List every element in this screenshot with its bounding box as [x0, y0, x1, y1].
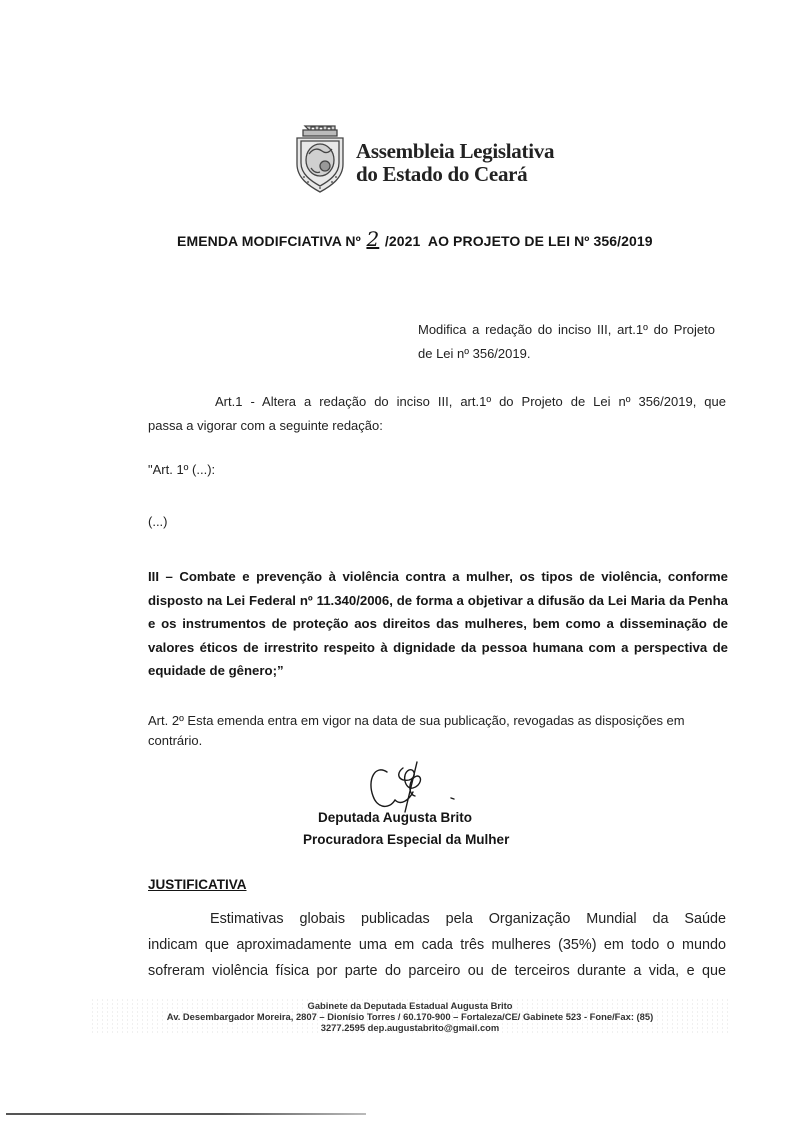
page-bottom-rule	[6, 1113, 366, 1115]
article-2: Art. 2º Esta emenda entra em vigor na da…	[148, 711, 726, 751]
ementa-summary: Modifica a redação do inciso III, art.1º…	[418, 318, 715, 366]
justificativa-heading: JUSTIFICATIVA	[148, 877, 247, 892]
org-name-line2: do Estado do Ceará	[356, 163, 554, 186]
article-1-line1: Art.1 - Altera a redação do inciso III, …	[148, 390, 726, 414]
organization-name: Assembleia Legislativa do Estado do Cear…	[356, 140, 554, 186]
signer-role: Procuradora Especial da Mulher	[303, 832, 509, 847]
justificativa-line: sofreram violência física por parte do p…	[148, 958, 726, 984]
coat-of-arms-icon	[291, 122, 349, 194]
ellipsis: (...)	[148, 514, 168, 529]
inciso-iii-text: III – Combate e prevenção à violência co…	[148, 565, 728, 683]
org-name-line1: Assembleia Legislativa	[356, 140, 554, 163]
document-title: EMENDA MODIFCIATIVA Nº2/2021 AO PROJETO …	[177, 232, 653, 249]
quoted-article-start: "Art. 1º (...):	[148, 462, 215, 477]
signer-name: Deputada Augusta Brito	[318, 810, 472, 825]
office-footer: Gabinete da Deputada Estadual Augusta Br…	[90, 1000, 730, 1033]
justificativa-line: Estimativas globais publicadas pela Orga…	[148, 906, 726, 932]
footer-contact: 3277.2595 dep.augustabrito@gmail.com	[90, 1022, 730, 1033]
handwritten-amendment-number: 2	[361, 232, 385, 246]
justificativa-line: indicam que aproximadamente uma em cada …	[148, 932, 726, 958]
footer-address: Av. Desembargador Moreira, 2807 – Dionís…	[90, 1011, 730, 1022]
footer-office-name: Gabinete da Deputada Estadual Augusta Br…	[90, 1000, 730, 1011]
article-1: Art.1 - Altera a redação do inciso III, …	[148, 390, 726, 438]
title-prefix: EMENDA MODIFCIATIVA Nº	[177, 233, 361, 249]
article-1-line2: passa a vigorar com a seguinte redação:	[148, 418, 383, 433]
justificativa-body: Estimativas globais publicadas pela Orga…	[148, 906, 726, 984]
title-suffix: /2021 AO PROJETO DE LEI Nº 356/2019	[385, 233, 653, 249]
